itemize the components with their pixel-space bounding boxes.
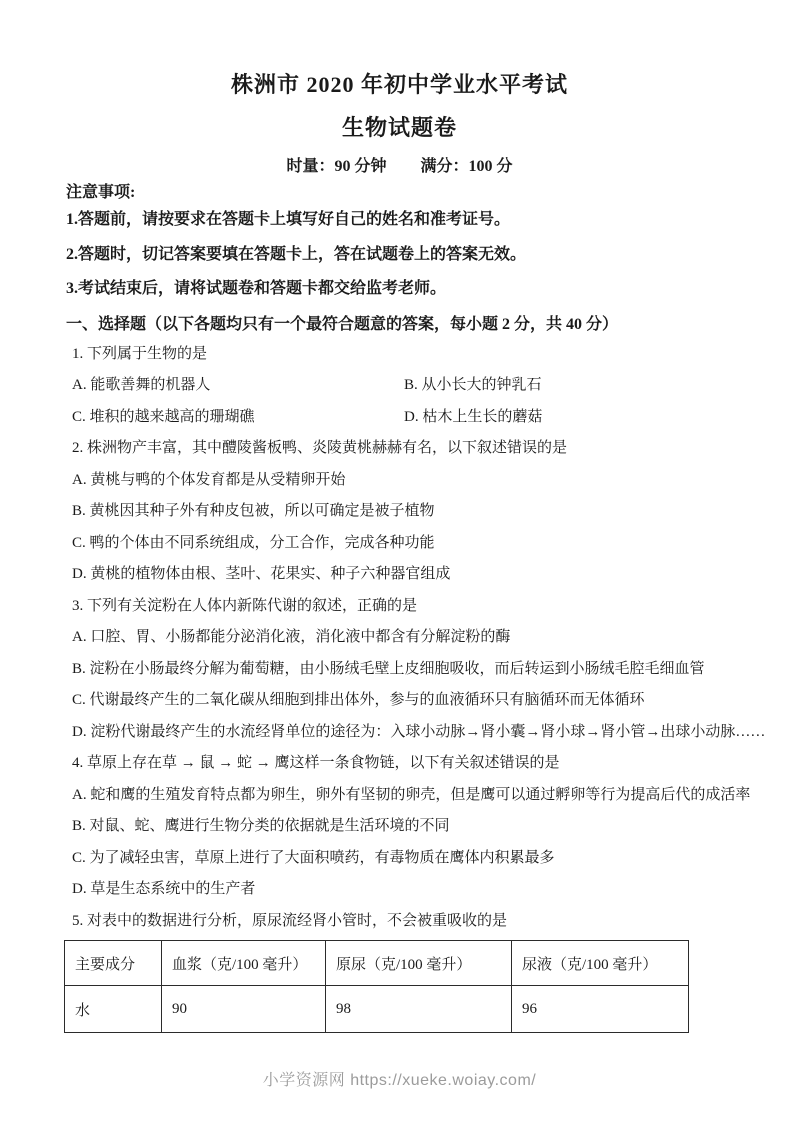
- question: 5. 对表中的数据进行分析，原尿流经肾小管时，不会被重吸收的是: [72, 906, 733, 938]
- question-option: A. 能歌善舞的机器人: [72, 370, 404, 402]
- question-stem: 2. 株洲物产丰富，其中醴陵酱板鸭、炎陵黄桃赫赫有名，以下叙述错误的是: [72, 433, 733, 465]
- question: 1. 下列属于生物的是A. 能歌善舞的机器人B. 从小长大的钟乳石C. 堆积的越…: [72, 339, 733, 434]
- notice-list: 1.答题前，请按要求在答题卡上填写好自己的姓名和准考证号。2.答题时，切记答案要…: [66, 203, 733, 307]
- question-options: A. 黄桃与鸭的个体发育都是从受精卵开始B. 黄桃因其种子外有种皮包被，所以可确…: [72, 465, 733, 591]
- paper-meta-line: 时量：90 分钟满分：100 分: [66, 157, 733, 177]
- full-score-label: 满分：100 分: [421, 158, 513, 175]
- urine-composition-table: 主要成分血浆（克/100 毫升）原尿（克/100 毫升）尿液（克/100 毫升）…: [64, 940, 689, 1033]
- question-stem: 1. 下列属于生物的是: [72, 339, 733, 371]
- table-header-cell: 原尿（克/100 毫升）: [326, 941, 512, 986]
- question-list: 1. 下列属于生物的是A. 能歌善舞的机器人B. 从小长大的钟乳石C. 堆积的越…: [66, 339, 733, 938]
- table-cell: 96: [512, 986, 689, 1033]
- question-options: A. 蛇和鹰的生殖发育特点都为卵生，卵外有坚韧的卵壳，但是鹰可以通过孵卵等行为提…: [72, 780, 733, 906]
- question-option: B. 从小长大的钟乳石: [404, 370, 733, 402]
- table-header-cell: 血浆（克/100 毫升）: [162, 941, 326, 986]
- question-option: B. 对鼠、蛇、鹰进行生物分类的依据就是生活环境的不同: [72, 811, 733, 843]
- notice-item: 3.考试结束后，请将试题卷和答题卡都交给监考老师。: [66, 272, 733, 307]
- watermark-text: 小学资源网 https://xueke.woiay.com/: [66, 1071, 733, 1091]
- table-header-cell: 主要成分: [65, 941, 162, 986]
- question-option: D. 枯木上生长的蘑菇: [404, 402, 733, 434]
- question: 4. 草原上存在草 → 鼠 → 蛇 → 鹰这样一条食物链，以下有关叙述错误的是A…: [72, 748, 733, 906]
- duration-label: 时量：90 分钟: [286, 158, 386, 175]
- question-option: D. 草是生态系统中的生产者: [72, 874, 733, 906]
- question-option: D. 淀粉代谢最终产生的水流经肾单位的途径为：入球小动脉→肾小囊→肾小球→肾小管…: [72, 717, 733, 749]
- exam-paper-page: 株洲市 2020 年初中学业水平考试 生物试题卷 时量：90 分钟满分：100 …: [0, 0, 793, 1122]
- question-option: A. 口腔、胃、小肠都能分泌消化液，消化液中都含有分解淀粉的酶: [72, 622, 733, 654]
- paper-subtitle: 生物试题卷: [66, 114, 733, 141]
- question-stem: 5. 对表中的数据进行分析，原尿流经肾小管时，不会被重吸收的是: [72, 906, 733, 938]
- table-cell: 水: [65, 986, 162, 1033]
- question-option: C. 代谢最终产生的二氧化碳从细胞到排出体外，参与的血液循环只有脑循环而无体循环: [72, 685, 733, 717]
- notice-item: 1.答题前，请按要求在答题卡上填写好自己的姓名和准考证号。: [66, 203, 733, 238]
- paper-title: 株洲市 2020 年初中学业水平考试: [66, 72, 733, 98]
- question-option: C. 堆积的越来越高的珊瑚礁: [72, 402, 404, 434]
- question-option: A. 黄桃与鸭的个体发育都是从受精卵开始: [72, 465, 733, 497]
- question-option: C. 为了减轻虫害，草原上进行了大面积喷药，有毒物质在鹰体内积累最多: [72, 843, 733, 875]
- question: 2. 株洲物产丰富，其中醴陵酱板鸭、炎陵黄桃赫赫有名，以下叙述错误的是A. 黄桃…: [72, 433, 733, 591]
- notice-heading: 注意事项:: [66, 182, 733, 203]
- question-option: B. 淀粉在小肠最终分解为葡萄糖，由小肠绒毛壁上皮细胞吸收，而后转运到小肠绒毛腔…: [72, 654, 733, 686]
- table-cell: 90: [162, 986, 326, 1033]
- question-option: A. 蛇和鹰的生殖发育特点都为卵生，卵外有坚韧的卵壳，但是鹰可以通过孵卵等行为提…: [72, 780, 733, 812]
- question-options: A. 能歌善舞的机器人B. 从小长大的钟乳石C. 堆积的越来越高的珊瑚礁D. 枯…: [72, 370, 733, 433]
- question-option: C. 鸭的个体由不同系统组成，分工合作，完成各种功能: [72, 528, 733, 560]
- question-options: A. 口腔、胃、小肠都能分泌消化液，消化液中都含有分解淀粉的酶B. 淀粉在小肠最…: [72, 622, 733, 748]
- table-header-cell: 尿液（克/100 毫升）: [512, 941, 689, 986]
- table-row: 水909896: [65, 986, 689, 1033]
- question-option: B. 黄桃因其种子外有种皮包被，所以可确定是被子植物: [72, 496, 733, 528]
- question-stem: 4. 草原上存在草 → 鼠 → 蛇 → 鹰这样一条食物链，以下有关叙述错误的是: [72, 748, 733, 780]
- notice-item: 2.答题时，切记答案要填在答题卡上，答在试题卷上的答案无效。: [66, 238, 733, 273]
- question: 3. 下列有关淀粉在人体内新陈代谢的叙述，正确的是A. 口腔、胃、小肠都能分泌消…: [72, 591, 733, 749]
- table-cell: 98: [326, 986, 512, 1033]
- section-heading: 一、选择题（以下各题均只有一个最符合题意的答案，每小题 2 分，共 40 分）: [66, 311, 733, 339]
- question-option: D. 黄桃的植物体由根、茎叶、花果实、种子六种器官组成: [72, 559, 733, 591]
- table-header-row: 主要成分血浆（克/100 毫升）原尿（克/100 毫升）尿液（克/100 毫升）: [65, 941, 689, 986]
- question-stem: 3. 下列有关淀粉在人体内新陈代谢的叙述，正确的是: [72, 591, 733, 623]
